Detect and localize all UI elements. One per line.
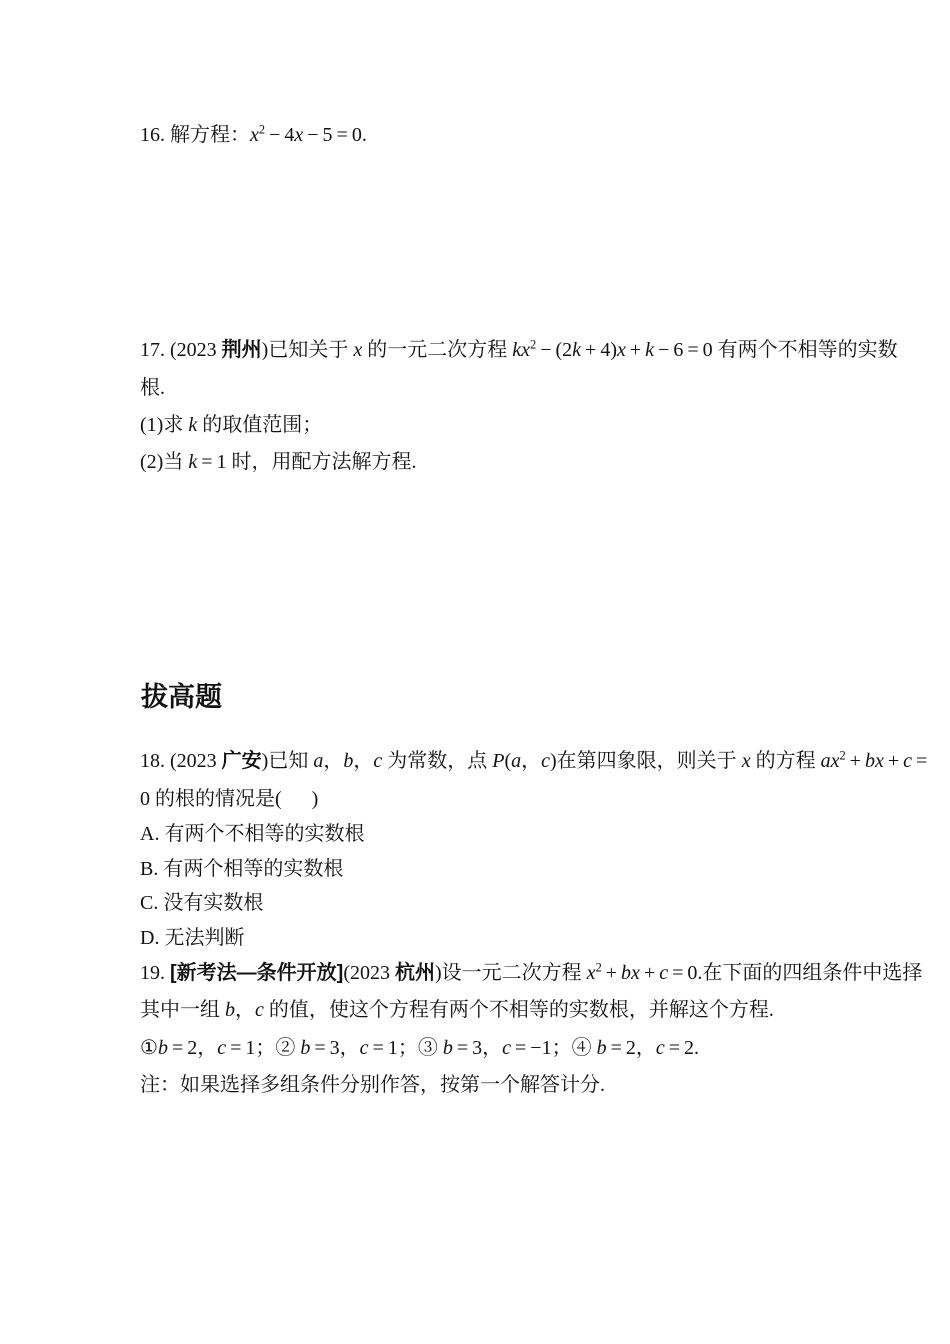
question-19-line-1: 19. [新考法—条件开放](2023 杭州)设一元二次方程 x2+bx+c=0… bbox=[140, 959, 830, 987]
question-17-part-1: (1)求 k 的取值范围； bbox=[140, 411, 830, 439]
option-A: A. 有两个不相等的实数根 bbox=[140, 820, 830, 848]
question-16: 16. 解方程：x2−4x−5=0. bbox=[140, 121, 830, 149]
option-B: B. 有两个相等的实数根 bbox=[140, 855, 830, 883]
option-D: D. 无法判断 bbox=[140, 924, 830, 952]
question-18-line-1: 18. (2023 广安)已知 a，b，c 为常数，点 P(a，c)在第四象限，… bbox=[140, 747, 830, 775]
worksheet-page: 16. 解方程：x2−4x−5=0. 17. (2023 荆州)已知关于 x 的… bbox=[0, 0, 950, 1344]
option-C: C. 没有实数根 bbox=[140, 889, 830, 917]
question-17-line-1: 17. (2023 荆州)已知关于 x 的一元二次方程 kx2−(2k+4)x+… bbox=[140, 336, 830, 364]
question-19-line-2: 其中一组 b，c 的值，使这个方程有两个不相等的实数根，并解这个方程. bbox=[140, 996, 830, 1024]
question-19-conditions: ①b=2，c=1；② b=3，c=1；③ b=3，c=−1；④ b=2，c=2. bbox=[140, 1034, 830, 1062]
question-19-note: 注：如果选择多组条件分别作答，按第一个解答计分. bbox=[140, 1071, 830, 1099]
question-17-line-2: 根. bbox=[140, 374, 830, 402]
question-18-line-2: 0 的根的情况是( ) bbox=[140, 785, 830, 813]
section-heading: 拔高题 bbox=[141, 682, 222, 712]
question-17-part-2: (2)当 k=1 时，用配方法解方程. bbox=[140, 448, 830, 476]
